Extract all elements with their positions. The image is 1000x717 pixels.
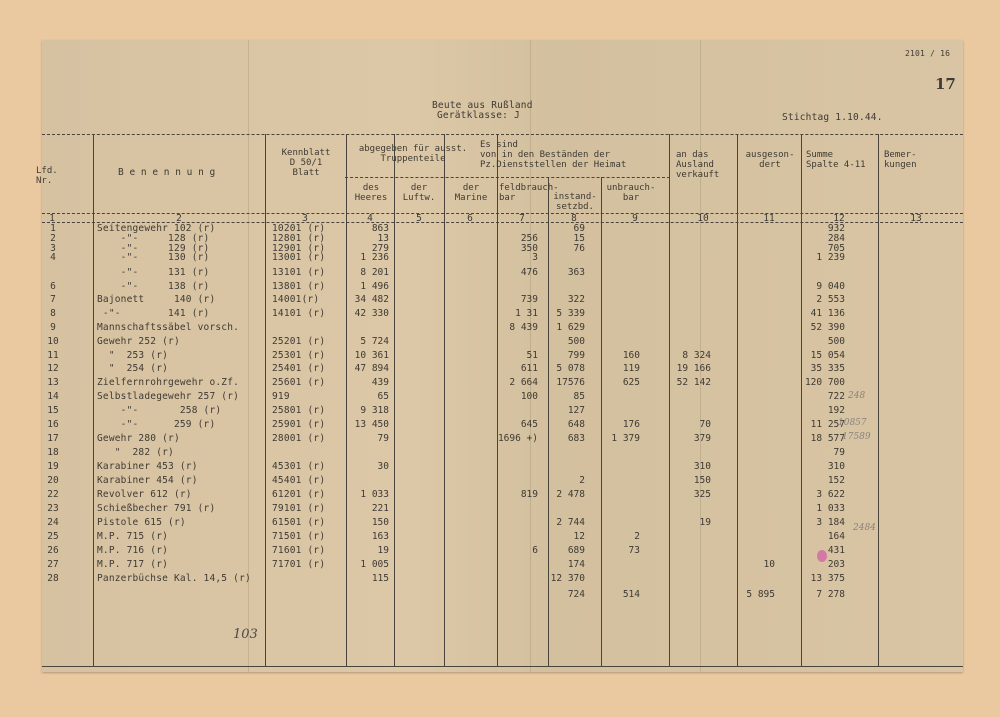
col-divider bbox=[346, 134, 347, 666]
cell-c8: 85 bbox=[574, 391, 585, 402]
row-number: 26 bbox=[40, 545, 66, 556]
pencil-note: 248 bbox=[848, 391, 865, 401]
row-number: 7 bbox=[40, 294, 66, 305]
cell-c4: 1 005 bbox=[360, 559, 389, 570]
kennblatt-ref: 25301 (r) bbox=[272, 350, 325, 361]
cell-c8: 2 478 bbox=[556, 489, 585, 500]
col-divider bbox=[93, 134, 94, 666]
cell-c12: 2 553 bbox=[816, 294, 845, 305]
kennblatt-ref: 45401 (r) bbox=[272, 475, 325, 486]
kennblatt-ref: 25201 (r) bbox=[272, 336, 325, 347]
cell-c4: 13 450 bbox=[355, 419, 389, 430]
cell-c4: 42 330 bbox=[355, 308, 389, 319]
column-number: 13 bbox=[903, 213, 929, 224]
kennblatt-ref: 13801 (r) bbox=[272, 281, 325, 292]
reference-date: Stichtag 1.10.44. bbox=[782, 112, 883, 123]
cell-c12: 1 033 bbox=[816, 503, 845, 514]
cell-c8: 363 bbox=[568, 267, 585, 278]
cell-c8: 76 bbox=[574, 243, 585, 254]
cell-c8: 17576 bbox=[556, 377, 585, 388]
cell-c9: 176 bbox=[623, 419, 640, 430]
kennblatt-ref: 25601 (r) bbox=[272, 377, 325, 388]
cell-c8: 5 078 bbox=[556, 363, 585, 374]
archive-reference: 2101 / 16 bbox=[905, 48, 950, 59]
cell-c8: 799 bbox=[568, 350, 585, 361]
cell-c7: 8 439 bbox=[509, 322, 538, 333]
row-number: 6 bbox=[40, 281, 66, 292]
cell-c8: 5 339 bbox=[556, 308, 585, 319]
cell-c9: 73 bbox=[629, 545, 640, 556]
cell-c12: 3 184 bbox=[816, 517, 845, 528]
row-number: 12 bbox=[40, 363, 66, 374]
cell-c12: 500 bbox=[828, 336, 845, 347]
header-der-luftw: der Luftw. bbox=[396, 183, 442, 203]
pencil-note: 10857 bbox=[838, 418, 867, 428]
row-number: 27 bbox=[40, 559, 66, 570]
col-divider bbox=[878, 134, 879, 666]
table-bottom-rule bbox=[42, 666, 963, 667]
cell-c4: 19 bbox=[378, 545, 389, 556]
cell-c8: 689 bbox=[568, 545, 585, 556]
item-name: Mannschaftssäbel vorsch. bbox=[97, 322, 239, 333]
cell-c4: 1 033 bbox=[360, 489, 389, 500]
row-number: 15 bbox=[40, 405, 66, 416]
column-number: 11 bbox=[756, 213, 782, 224]
col-divider bbox=[444, 134, 445, 666]
cell-c10: 52 142 bbox=[677, 377, 711, 388]
item-name: M.P. 715 (r) bbox=[97, 531, 168, 542]
column-number: 6 bbox=[457, 213, 483, 224]
row-number: 16 bbox=[40, 419, 66, 430]
cell-c4: 115 bbox=[372, 573, 389, 584]
row-number: 23 bbox=[40, 503, 66, 514]
item-name: M.P. 717 (r) bbox=[97, 559, 168, 570]
cell-c12: 52 390 bbox=[811, 322, 845, 333]
kennblatt-ref: 25901 (r) bbox=[272, 419, 325, 430]
col-divider bbox=[497, 134, 498, 666]
cell-c7: 1 31 bbox=[515, 308, 538, 319]
item-name: Gewehr 252 (r) bbox=[97, 336, 180, 347]
cell-c10: 379 bbox=[694, 433, 711, 444]
cell-c7: 645 bbox=[521, 419, 538, 430]
cell-c12: 7 278 bbox=[816, 589, 845, 600]
row-number: 8 bbox=[40, 308, 66, 319]
cell-c7: 819 bbox=[521, 489, 538, 500]
kennblatt-ref: 13101 (r) bbox=[272, 267, 325, 278]
cell-c12: 41 136 bbox=[811, 308, 845, 319]
cell-c12: 9 040 bbox=[816, 281, 845, 292]
item-name: -"- 141 (r) bbox=[97, 308, 209, 319]
cell-c10: 150 bbox=[694, 475, 711, 486]
cell-c4: 30 bbox=[378, 461, 389, 472]
col-divider bbox=[601, 177, 602, 666]
cell-c9: 2 bbox=[634, 531, 640, 542]
row-number: 9 bbox=[40, 322, 66, 333]
kennblatt-ref: 71701 (r) bbox=[272, 559, 325, 570]
cell-c12: 431 bbox=[828, 545, 845, 556]
cell-c4: 65 bbox=[378, 391, 389, 402]
ink-stain bbox=[817, 550, 827, 562]
header-benennung: B e n e n n u n g bbox=[118, 168, 215, 178]
cell-c8: 648 bbox=[568, 419, 585, 430]
header-kennblatt: Kennblatt D 50/1 Blatt bbox=[272, 148, 340, 178]
item-name: -"- 259 (r) bbox=[97, 419, 215, 430]
item-name: Revolver 612 (r) bbox=[97, 489, 192, 500]
cell-c10: 310 bbox=[694, 461, 711, 472]
row-number: 17 bbox=[40, 433, 66, 444]
header-der-marine: der Marine bbox=[446, 183, 496, 203]
row-number: 13 bbox=[40, 377, 66, 388]
item-name: " 282 (r) bbox=[97, 447, 174, 458]
cell-c8: 2 bbox=[579, 475, 585, 486]
kennblatt-ref: 25401 (r) bbox=[272, 363, 325, 374]
cell-c4: 10 361 bbox=[355, 350, 389, 361]
cell-c7: 739 bbox=[521, 294, 538, 305]
cell-c10: 70 bbox=[700, 419, 711, 430]
row-number: 10 bbox=[40, 336, 66, 347]
col-divider bbox=[801, 134, 802, 666]
cell-c4: 1 496 bbox=[360, 281, 389, 292]
pencil-note: 2484 bbox=[853, 523, 876, 533]
header-instandsetzbar: instand- setzbd. bbox=[550, 192, 600, 212]
column-number: 9 bbox=[622, 213, 648, 224]
header-abgegeben: abgegeben für ausst. Truppenteile bbox=[348, 144, 478, 164]
column-number: 5 bbox=[406, 213, 432, 224]
cell-c4: 150 bbox=[372, 517, 389, 528]
item-name: Gewehr 280 (r) bbox=[97, 433, 180, 444]
cell-c7: 1696 +) bbox=[498, 433, 538, 444]
cell-c12: 3 622 bbox=[816, 489, 845, 500]
cell-c12: 35 335 bbox=[811, 363, 845, 374]
item-name: Panzerbüchse Kal. 14,5 (r) bbox=[97, 573, 251, 584]
item-name: Zielfernrohrgewehr o.Zf. bbox=[97, 377, 239, 388]
cell-c9: 160 bbox=[623, 350, 640, 361]
item-name: Bajonett 140 (r) bbox=[97, 294, 215, 305]
cell-c7: 6 bbox=[532, 545, 538, 556]
col-divider bbox=[394, 134, 395, 666]
cell-c4: 221 bbox=[372, 503, 389, 514]
col-divider bbox=[669, 134, 670, 666]
cell-c12: 722 bbox=[828, 391, 845, 402]
cell-c4: 439 bbox=[372, 377, 389, 388]
cell-c12: 152 bbox=[828, 475, 845, 486]
row-number: 18 bbox=[40, 447, 66, 458]
cell-c12: 15 054 bbox=[811, 350, 845, 361]
header-unbrauchbar: unbrauch- bar bbox=[603, 183, 659, 203]
cell-c8: 2 744 bbox=[556, 517, 585, 528]
kennblatt-ref: 14001(r) bbox=[272, 294, 319, 305]
row-number: 20 bbox=[40, 475, 66, 486]
kennblatt-ref: 79101 (r) bbox=[272, 503, 325, 514]
cell-c9: 514 bbox=[623, 589, 640, 600]
cell-c12: 192 bbox=[828, 405, 845, 416]
row-number: 28 bbox=[40, 573, 66, 584]
cell-c8: 174 bbox=[568, 559, 585, 570]
cell-c4: 47 894 bbox=[355, 363, 389, 374]
cell-c7: 100 bbox=[521, 391, 538, 402]
cell-c4: 1 236 bbox=[360, 252, 389, 263]
item-name: Selbstladegewehr 257 (r) bbox=[97, 391, 239, 402]
cell-c4: 79 bbox=[378, 433, 389, 444]
cell-c12: 18 577 bbox=[811, 433, 845, 444]
folio-stamp: 103 bbox=[233, 627, 258, 642]
cell-c12: 79 bbox=[834, 447, 845, 458]
item-name: " 254 (r) bbox=[97, 363, 168, 374]
cell-c8: 683 bbox=[568, 433, 585, 444]
cell-c10: 8 324 bbox=[682, 350, 711, 361]
kennblatt-ref: 13001 (r) bbox=[272, 252, 325, 263]
cell-c12: 164 bbox=[828, 531, 845, 542]
header-ausgesondert: ausgeson- dert bbox=[740, 150, 800, 170]
page-number: 17 bbox=[935, 75, 956, 93]
item-name: Karabiner 453 (r) bbox=[97, 461, 198, 472]
cell-c12: 203 bbox=[828, 559, 845, 570]
cell-c12: 1 239 bbox=[816, 252, 845, 263]
header-summe: Summe Spalte 4-11 bbox=[806, 150, 866, 170]
cell-c8: 12 bbox=[574, 531, 585, 542]
header-des-heeres: des Heeres bbox=[348, 183, 394, 203]
pencil-note: 17589 bbox=[842, 432, 871, 442]
header-lfd-nr: Lfd. Nr. bbox=[36, 166, 58, 186]
item-name: Pistole 615 (r) bbox=[97, 517, 186, 528]
kennblatt-ref: 61201 (r) bbox=[272, 489, 325, 500]
kennblatt-ref: 61501 (r) bbox=[272, 517, 325, 528]
cell-c4: 9 318 bbox=[360, 405, 389, 416]
cell-c10: 325 bbox=[694, 489, 711, 500]
item-name: -"- 258 (r) bbox=[97, 405, 221, 416]
header-es-sind: Es sind von in den Beständen der Pz.Dien… bbox=[480, 140, 626, 170]
row-number: 24 bbox=[40, 517, 66, 528]
cell-c7: 476 bbox=[521, 267, 538, 278]
cell-c9: 1 379 bbox=[611, 433, 640, 444]
item-name: " 253 (r) bbox=[97, 350, 168, 361]
cell-c7: 2 664 bbox=[509, 377, 538, 388]
cell-c8: 12 370 bbox=[551, 573, 585, 584]
cell-c11: 10 bbox=[764, 559, 775, 570]
cell-c11: 5 895 bbox=[746, 589, 775, 600]
cell-c4: 8 201 bbox=[360, 267, 389, 278]
row-number: 22 bbox=[40, 489, 66, 500]
item-name: -"- 130 (r) bbox=[97, 252, 209, 263]
cell-c4: 5 724 bbox=[360, 336, 389, 347]
kennblatt-ref: 71501 (r) bbox=[272, 531, 325, 542]
cell-c10: 19 166 bbox=[677, 363, 711, 374]
kennblatt-ref: 919 bbox=[272, 391, 290, 402]
cell-c7: 51 bbox=[527, 350, 538, 361]
row-number: 19 bbox=[40, 461, 66, 472]
cell-c8: 322 bbox=[568, 294, 585, 305]
cell-c7: 3 bbox=[532, 252, 538, 263]
cell-c7: 611 bbox=[521, 363, 538, 374]
kennblatt-ref: 28001 (r) bbox=[272, 433, 325, 444]
kennblatt-ref: 71601 (r) bbox=[272, 545, 325, 556]
item-name: -"- 138 (r) bbox=[97, 281, 209, 292]
item-name: M.P. 716 (r) bbox=[97, 545, 168, 556]
cell-c4: 163 bbox=[372, 531, 389, 542]
cell-c12: 310 bbox=[828, 461, 845, 472]
document-subtitle: Gerätklasse: J bbox=[437, 110, 520, 121]
item-name: Schießbecher 791 (r) bbox=[97, 503, 215, 514]
cell-c4: 34 482 bbox=[355, 294, 389, 305]
col-divider bbox=[737, 134, 738, 666]
cell-c12: 13 375 bbox=[811, 573, 845, 584]
item-name: -"- 131 (r) bbox=[97, 267, 209, 278]
kennblatt-ref: 14101 (r) bbox=[272, 308, 325, 319]
cell-c10: 19 bbox=[700, 517, 711, 528]
item-name: Karabiner 454 (r) bbox=[97, 475, 198, 486]
cell-c8: 127 bbox=[568, 405, 585, 416]
cell-c9: 119 bbox=[623, 363, 640, 374]
kennblatt-ref: 25801 (r) bbox=[272, 405, 325, 416]
cell-c8: 724 bbox=[568, 589, 585, 600]
row-number: 25 bbox=[40, 531, 66, 542]
cell-c8: 500 bbox=[568, 336, 585, 347]
cell-c12: 120 700 bbox=[805, 377, 845, 388]
row-number: 4 bbox=[40, 252, 66, 263]
header-an-ausland: an das Ausland verkauft bbox=[676, 150, 719, 180]
cell-c9: 625 bbox=[623, 377, 640, 388]
column-number: 7 bbox=[509, 213, 535, 224]
table-top-rule bbox=[42, 134, 963, 135]
column-number: 10 bbox=[690, 213, 716, 224]
cell-c8: 1 629 bbox=[556, 322, 585, 333]
col-divider bbox=[265, 134, 266, 666]
header-bemerkungen: Bemer- kungen bbox=[884, 150, 917, 170]
row-number: 14 bbox=[40, 391, 66, 402]
row-number: 11 bbox=[40, 350, 66, 361]
col-divider bbox=[548, 177, 549, 666]
kennblatt-ref: 45301 (r) bbox=[272, 461, 325, 472]
